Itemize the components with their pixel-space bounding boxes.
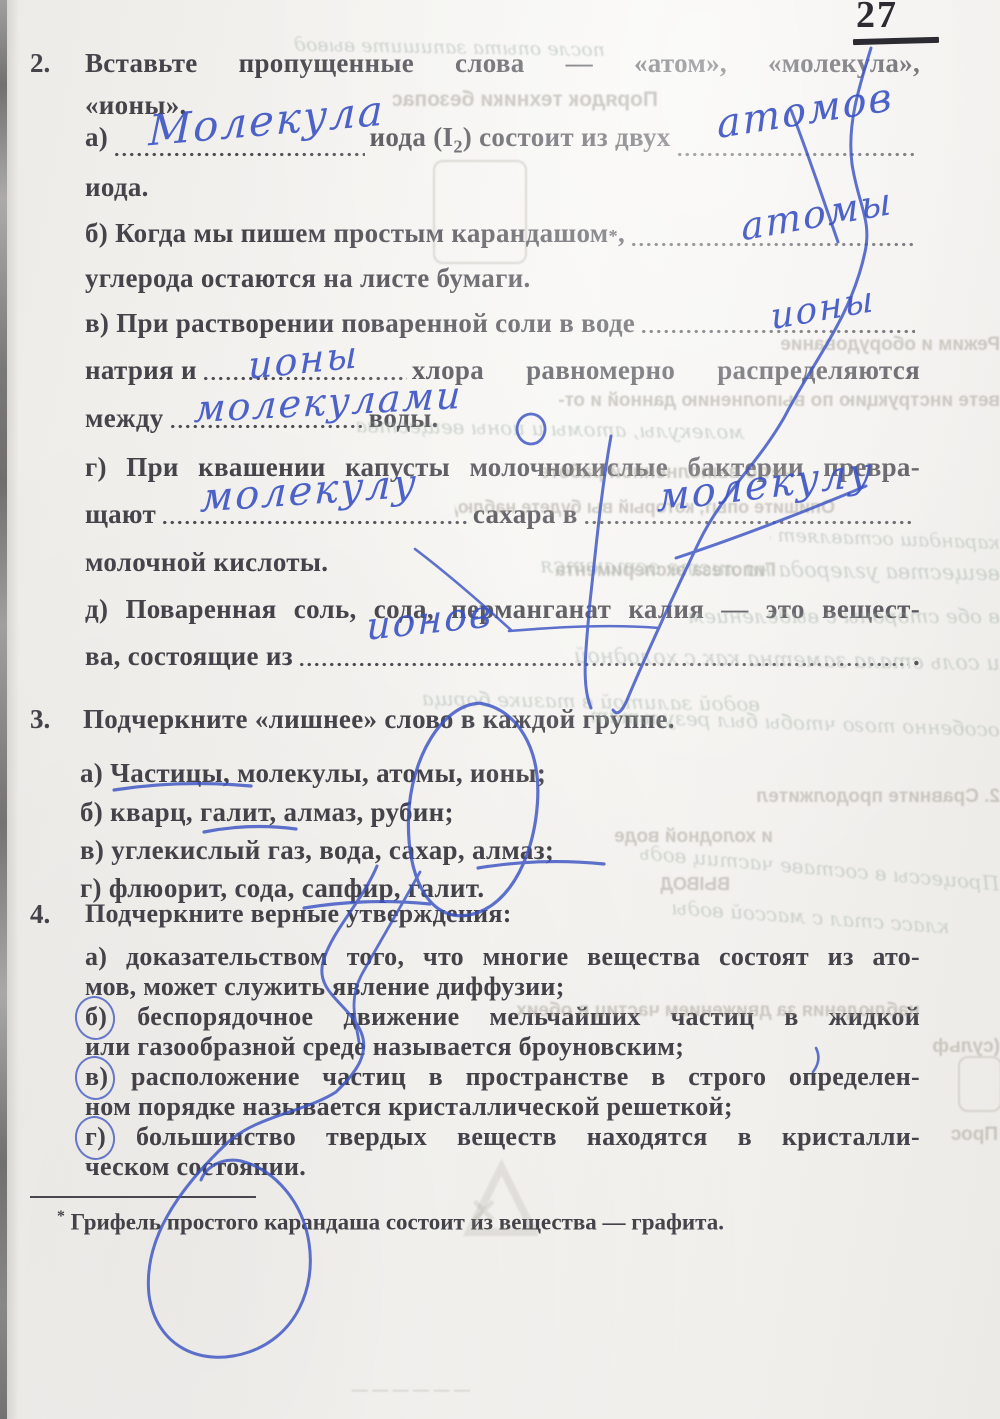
footnote-marker: * xyxy=(57,1208,65,1225)
page-number-underline xyxy=(853,37,939,45)
answer-blank[interactable] xyxy=(583,520,915,525)
page-number: 27 xyxy=(856,0,948,36)
answer-blank[interactable] xyxy=(676,152,915,157)
bleed-through-text: Порядок техники безопасности xyxy=(393,88,658,112)
footnote: * Грифель простого карандаша состоит из … xyxy=(57,1208,724,1236)
exercise-3-number: 3. xyxy=(30,704,50,735)
item-v-text: натрия и xyxy=(85,355,197,385)
item-v-text: хлора равномерно распределяются xyxy=(412,355,920,385)
footnote-marker-ref: * xyxy=(608,221,617,251)
circled-letter-b: б) xyxy=(85,1002,107,1032)
bleed-through-text: (сульф xyxy=(922,1036,1000,1058)
item-v-text: между xyxy=(85,403,164,433)
scan-edge-strip xyxy=(0,0,7,1419)
item-a-marker: а) xyxy=(85,122,108,152)
iodine-subscript: 2 xyxy=(453,136,462,156)
item-d-text: ва, состоящие из xyxy=(85,641,293,671)
bleed-through-text: вете инструкцию по выполнению данной и о… xyxy=(540,390,1000,412)
underlined-word: алмаз; xyxy=(472,835,554,865)
bleed-through-text: Прос xyxy=(928,1124,998,1146)
exercise-2-item-b-line2: углерода остаются на листе бумаги. xyxy=(85,263,920,293)
bleed-through-shape xyxy=(958,1056,1000,1112)
comma: , xyxy=(618,218,625,248)
footnote-divider xyxy=(30,1196,256,1198)
bleed-through-text: Режим и оборудование xyxy=(775,334,1000,356)
item-a-text: иода (I2) состоит из двух xyxy=(370,122,671,161)
exercise-4-item-v-line2: ном порядке называется кристаллической р… xyxy=(85,1092,920,1122)
scan-edge-shadow xyxy=(7,0,19,1419)
bleed-through-text: ✕ xyxy=(458,1192,498,1232)
underlined-word: галит, xyxy=(200,797,277,827)
exercise-2-item-v-line2: натрия и хлора равномерно распределяются xyxy=(85,355,920,385)
item-v-text: в) При растворении поваренной соли в вод… xyxy=(85,308,635,338)
exercise-2-number: 2. xyxy=(30,48,50,79)
exercise-4-item-a-line1: а) доказательством того, что многие веще… xyxy=(85,942,920,972)
exercise-4-item-b-line2: или газообразной среде называется броуно… xyxy=(85,1032,920,1062)
exercise-4-item-a-line2: мов, может служить явление диффузии; xyxy=(85,972,920,1002)
pen-stroke-k-horizontal xyxy=(509,626,659,631)
bleed-through-text: 2. Сравните продолжител xyxy=(638,786,1000,808)
bleed-through-text: — — — — — — xyxy=(250,1382,470,1400)
underlined-word: Частицы, xyxy=(110,758,230,788)
bleed-through-text: наблюдения за движением частиц в обеих xyxy=(360,1000,920,1022)
item-g-text: щают xyxy=(85,499,156,529)
scanned-workbook-page: после опыта запишите выводПорядок техник… xyxy=(0,0,1000,1419)
circled-letter-v: в) xyxy=(85,1062,108,1092)
bleed-through-shape xyxy=(433,160,527,264)
pen-underline-galit xyxy=(204,827,296,832)
exercise-3-item-a: а) Частицы, молекулы, атомы, ионы; xyxy=(80,758,915,788)
bleed-through-text: ВЫВОД xyxy=(640,874,730,895)
exercise-4-number: 4. xyxy=(30,899,50,930)
bleed-through-text: в обе стороны с выделением xyxy=(688,604,1000,628)
circled-letter-g: г) xyxy=(85,1122,106,1152)
item-b-text: б) Когда мы пишем простым карандашом xyxy=(85,218,608,248)
exercise-4-item-v-line1: в) расположение частиц в пространстве в … xyxy=(85,1062,920,1092)
